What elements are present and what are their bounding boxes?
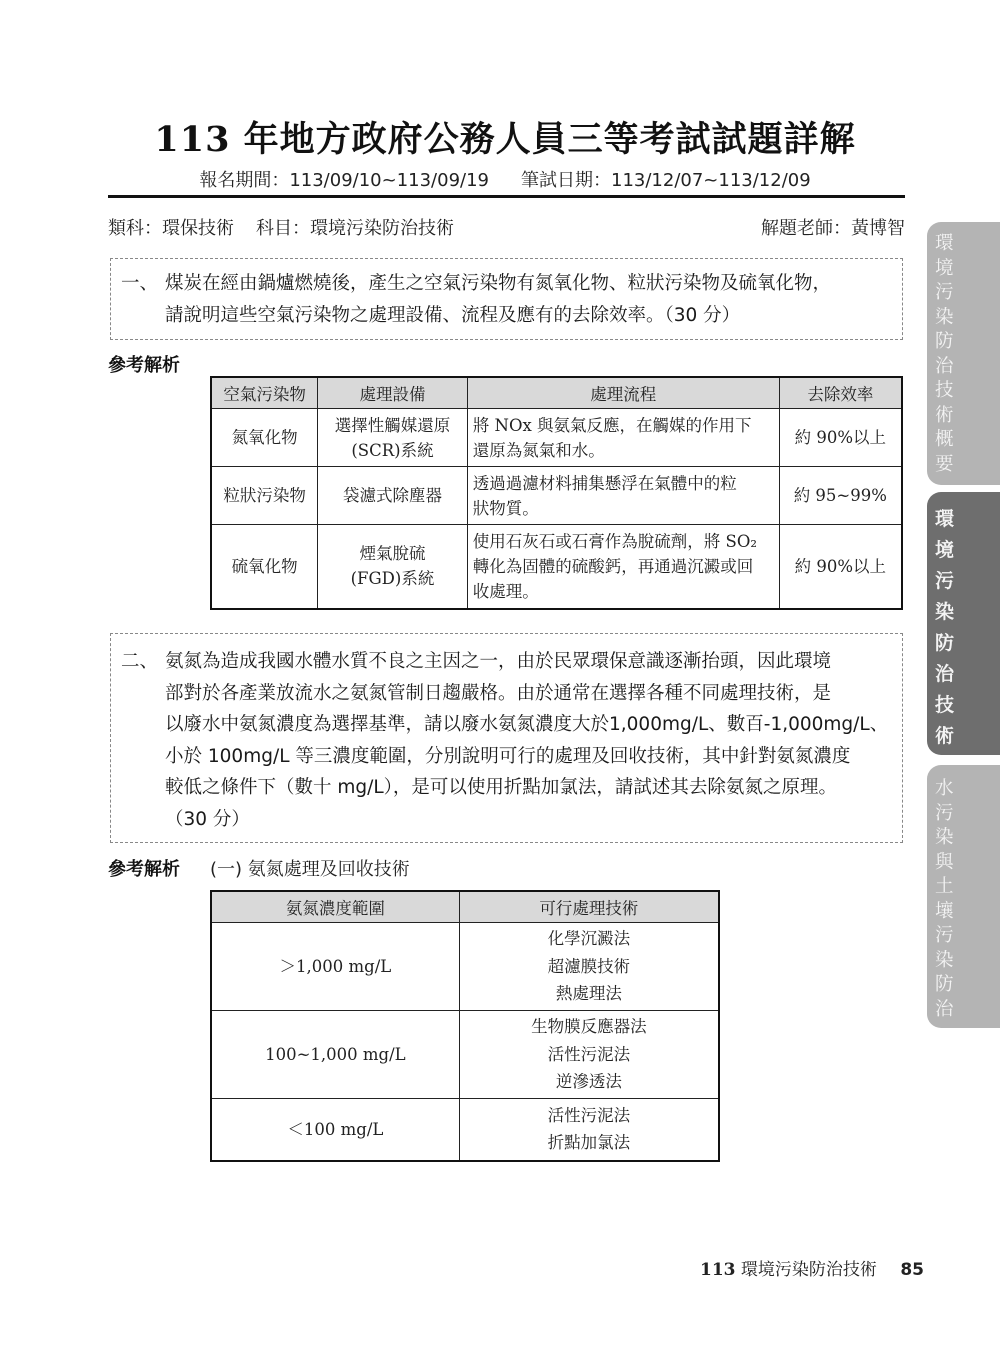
tab-char: 與 [935, 851, 1000, 876]
cell-line: 超濾膜技術 [466, 953, 712, 981]
tab-char: 技 [935, 379, 1000, 404]
efficiency-cell: 約 90%以上 [779, 525, 902, 609]
tab-char: 壤 [935, 900, 1000, 925]
cell-line: 轉化為固體的硫酸鈣，再通過沉澱或回 [473, 554, 775, 579]
cell-line: 還原為氮氣和水。 [473, 438, 775, 463]
cell-line: 透過過濾材料捕集懸浮在氣體中的粒 [473, 471, 775, 496]
tab-char: 防 [935, 973, 1000, 998]
tab-char: 污 [935, 566, 1000, 597]
techniques-cell: 活性污泥法折點加氯法 [459, 1099, 719, 1161]
tab-char: 環 [935, 504, 1000, 535]
cell-line: 袋濾式除塵器 [324, 483, 461, 508]
tab-char: 污 [935, 281, 1000, 306]
efficiency-cell: 約 90%以上 [779, 409, 902, 467]
tab-char: 境 [935, 257, 1000, 282]
question-line: 以廢水中氨氮濃度為選擇基準，請以廢水氨氮濃度大於1,000mg/L、數百-1,0… [165, 709, 890, 741]
tab-char: 染 [935, 306, 1000, 331]
exam-dates: 報名期間：113/09/10~113/09/19筆試日期：113/12/07~1… [100, 166, 910, 192]
tab-char: 治 [935, 998, 1000, 1023]
ammonia-nitrogen-table: 氨氮濃度範圍 可行處理技術 ＞1,000 mg/L 化學沉澱法超濾膜技術熱處理法… [210, 890, 720, 1162]
cell-line: 狀物質。 [473, 496, 775, 521]
equipment-cell: 袋濾式除塵器 [318, 467, 468, 525]
footer-subject: 環境污染防治技術 [741, 1260, 877, 1280]
process-cell: 使用石灰石或石膏作為脫硫劑，將 SO₂轉化為固體的硫酸鈣，再通過沉澱或回收處理。 [467, 525, 779, 609]
question-number: 二、 [121, 646, 158, 678]
footer-year: 113 [700, 1260, 736, 1280]
tab-char: 防 [935, 628, 1000, 659]
answer-label: 參考解析 [108, 351, 180, 377]
cell-line: (FGD)系統 [324, 566, 461, 591]
techniques-cell: 生物膜反應器法活性污泥法逆滲透法 [459, 1011, 719, 1099]
subject: 科目：環境污染防治技術 [256, 218, 454, 239]
column-header: 處理流程 [467, 377, 779, 409]
cell-line: 生物膜反應器法 [466, 1013, 712, 1041]
cell-line: 將 NOx 與氨氣反應，在觸媒的作用下 [473, 413, 775, 438]
exam-meta: 類科：環保技術科目：環境污染防治技術 解題老師：黃博智 [108, 214, 905, 240]
pollutant-cell: 粒狀污染物 [211, 467, 318, 525]
tab-char: 防 [935, 330, 1000, 355]
tab-char: 環 [935, 232, 1000, 257]
question-line: 煤炭在經由鍋爐燃燒後，產生之空氣污染物有氮氧化物、粒狀污染物及硫氧化物， [165, 268, 890, 300]
question-line: 小於 100mg/L 等三濃度範圍，分別說明可行的處理及回收技術，其中針對氨氮濃… [165, 741, 890, 773]
category: 類科：環保技術 [108, 218, 234, 239]
table-row: ＞1,000 mg/L 化學沉澱法超濾膜技術熱處理法 [211, 923, 719, 1011]
efficiency-cell: 約 95~99% [779, 467, 902, 525]
air-pollutant-table: 空氣污染物 處理設備 處理流程 去除效率 氮氧化物 選擇性觸媒還原(SCR)系統… [210, 376, 903, 610]
tab-char: 境 [935, 535, 1000, 566]
column-header: 氨氮濃度範圍 [211, 891, 459, 923]
question-number: 一、 [121, 268, 158, 300]
question-line: 請說明這些空氣污染物之處理設備、流程及應有的去除效率。（30 分） [165, 300, 890, 332]
tab-char: 土 [935, 875, 1000, 900]
chapter-tab-current[interactable]: 環境污染防治技術 [927, 492, 1000, 755]
chapter-tab-water-soil[interactable]: 水污染與土壤污染防治 [927, 765, 1000, 1028]
pollutant-cell: 硫氧化物 [211, 525, 318, 609]
table-row: 氮氧化物 選擇性觸媒還原(SCR)系統 將 NOx 與氨氣反應，在觸媒的作用下還… [211, 409, 902, 467]
column-header: 空氣污染物 [211, 377, 318, 409]
pollutant-cell: 氮氧化物 [211, 409, 318, 467]
chapter-tab-overview[interactable]: 環境污染防治技術概要 [927, 222, 1000, 485]
cell-line: 熱處理法 [466, 980, 712, 1008]
table-row: 硫氧化物 煙氣脫硫(FGD)系統 使用石灰石或石膏作為脫硫劑，將 SO₂轉化為固… [211, 525, 902, 609]
tab-char: 技 [935, 690, 1000, 721]
range-cell: ＜100 mg/L [211, 1099, 459, 1161]
process-cell: 透過過濾材料捕集懸浮在氣體中的粒狀物質。 [467, 467, 779, 525]
cell-line: 活性污泥法 [466, 1041, 712, 1069]
table-header-row: 空氣污染物 處理設備 處理流程 去除效率 [211, 377, 902, 409]
tab-char: 概 [935, 428, 1000, 453]
table-row: 100~1,000 mg/L 生物膜反應器法活性污泥法逆滲透法 [211, 1011, 719, 1099]
page-footer: 113 環境污染防治技術 85 [700, 1255, 924, 1280]
tab-char: 治 [935, 659, 1000, 690]
answer-label: 參考解析 [108, 855, 180, 881]
question-line: 較低之條件下（數十 mg/L），是可以使用折點加氯法，請試述其去除氨氮之原理。 [165, 772, 890, 804]
question-1-box: 一、 煤炭在經由鍋爐燃燒後，產生之空氣污染物有氮氧化物、粒狀污染物及硫氧化物， … [110, 258, 903, 340]
table-row: ＜100 mg/L 活性污泥法折點加氯法 [211, 1099, 719, 1161]
page-title: 113 年地方政府公務人員三等考試試題詳解 [100, 112, 910, 162]
cell-line: 收處理。 [473, 579, 775, 604]
question-text: 煤炭在經由鍋爐燃燒後，產生之空氣污染物有氮氧化物、粒狀污染物及硫氧化物， 請說明… [165, 268, 890, 331]
techniques-cell: 化學沉澱法超濾膜技術熱處理法 [459, 923, 719, 1011]
registration-period: 報名期間：113/09/10~113/09/19 [199, 170, 489, 191]
tab-char: 污 [935, 802, 1000, 827]
question-text: 氨氮為造成我國水體水質不良之主因之一，由於民眾環保意識逐漸抬頭，因此環境 部對於… [165, 646, 890, 835]
cell-line: 活性污泥法 [466, 1102, 712, 1130]
cell-line: 煙氣脫硫 [324, 541, 461, 566]
question-line: 氨氮為造成我國水體水質不良之主因之一，由於民眾環保意識逐漸抬頭，因此環境 [165, 646, 890, 678]
process-cell: 將 NOx 與氨氣反應，在觸媒的作用下還原為氮氣和水。 [467, 409, 779, 467]
tab-char: 治 [935, 355, 1000, 380]
answer-subheading: (一) 氨氮處理及回收技術 [210, 855, 410, 881]
cell-line: (SCR)系統 [324, 438, 461, 463]
range-cell: ＞1,000 mg/L [211, 923, 459, 1011]
title-rule [108, 195, 905, 198]
tab-char: 污 [935, 924, 1000, 949]
cell-line: 折點加氯法 [466, 1129, 712, 1157]
column-header: 可行處理技術 [459, 891, 719, 923]
tab-char: 染 [935, 597, 1000, 628]
cell-line: 化學沉澱法 [466, 925, 712, 953]
question-2-box: 二、 氨氮為造成我國水體水質不良之主因之一，由於民眾環保意識逐漸抬頭，因此環境 … [110, 633, 903, 843]
column-header: 處理設備 [318, 377, 468, 409]
cell-line: 使用石灰石或石膏作為脫硫劑，將 SO₂ [473, 529, 775, 554]
written-exam-dates: 筆試日期：113/12/07~113/12/09 [521, 170, 811, 191]
tab-char: 水 [935, 777, 1000, 802]
cell-line: 選擇性觸媒還原 [324, 413, 461, 438]
tab-char: 染 [935, 826, 1000, 851]
page-number: 85 [900, 1260, 924, 1280]
table-row: 粒狀污染物 袋濾式除塵器 透過過濾材料捕集懸浮在氣體中的粒狀物質。 約 95~9… [211, 467, 902, 525]
question-line: 部對於各產業放流水之氨氮管制日趨嚴格。由於通常在選擇各種不同處理技術，是 [165, 678, 890, 710]
teacher: 解題老師：黃博智 [761, 214, 905, 240]
tab-char: 染 [935, 949, 1000, 974]
column-header: 去除效率 [779, 377, 902, 409]
equipment-cell: 選擇性觸媒還原(SCR)系統 [318, 409, 468, 467]
tab-char: 術 [935, 404, 1000, 429]
tab-char: 術 [935, 721, 1000, 752]
range-cell: 100~1,000 mg/L [211, 1011, 459, 1099]
question-line: （30 分） [165, 804, 890, 836]
equipment-cell: 煙氣脫硫(FGD)系統 [318, 525, 468, 609]
tab-char: 要 [935, 453, 1000, 478]
cell-line: 逆滲透法 [466, 1068, 712, 1096]
table-header-row: 氨氮濃度範圍 可行處理技術 [211, 891, 719, 923]
